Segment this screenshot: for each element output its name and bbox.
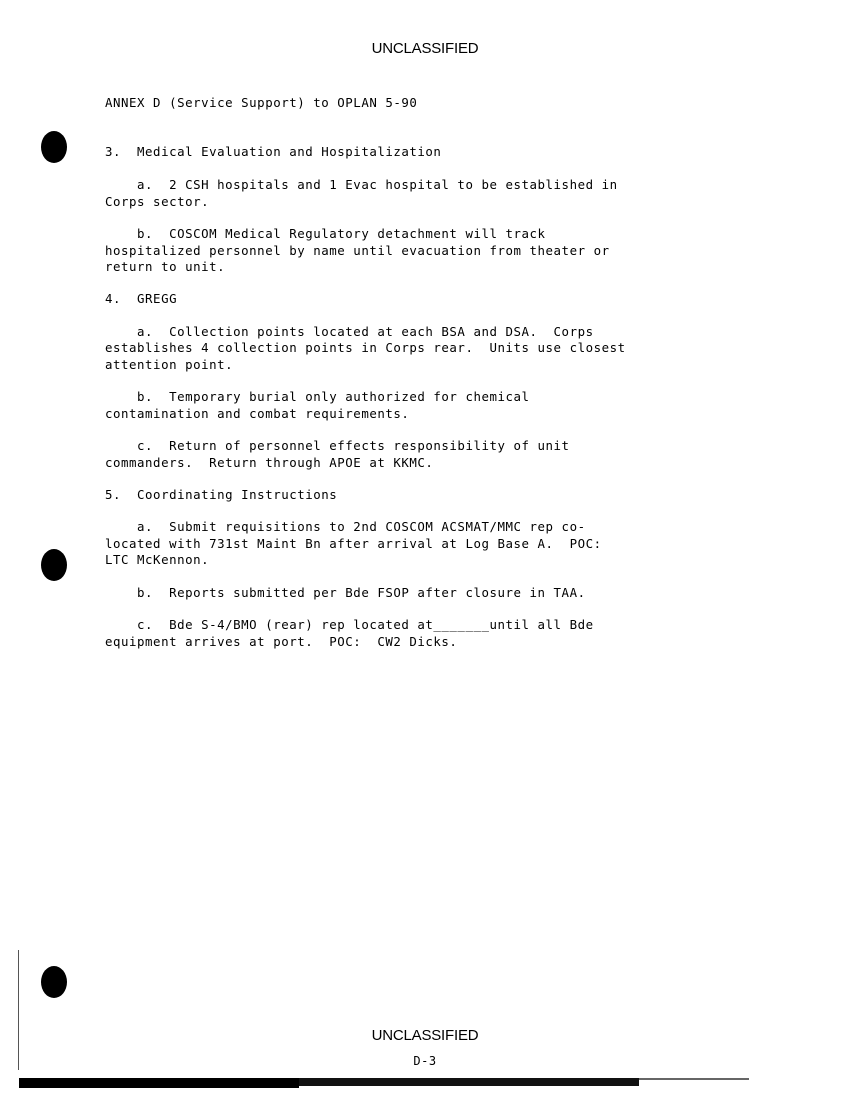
paragraph-line: LTC McKennon.	[105, 551, 209, 568]
left-margin-rule	[18, 950, 19, 1070]
header-classification: UNCLASSIFIED	[0, 40, 850, 57]
scan-edge-bar	[299, 1078, 639, 1086]
paragraph-line: b. COSCOM Medical Regulatory detachment …	[105, 225, 546, 242]
paragraph-line: equipment arrives at port. POC: CW2 Dick…	[105, 633, 457, 650]
footer-classification: UNCLASSIFIED	[0, 1027, 850, 1044]
section-heading: 5. Coordinating Instructions	[105, 486, 337, 503]
paragraph-line: c. Bde S-4/BMO (rear) rep located at____…	[105, 616, 594, 633]
punch-hole-icon	[41, 131, 67, 163]
paragraph-line: c. Return of personnel effects responsib…	[105, 437, 570, 454]
scan-edge-bar	[19, 1078, 299, 1088]
section-heading: 3. Medical Evaluation and Hospitalizatio…	[105, 143, 441, 160]
paragraph-line: b. Reports submitted per Bde FSOP after …	[105, 584, 586, 601]
punch-hole-icon	[41, 966, 67, 998]
paragraph-line: a. Collection points located at each BSA…	[105, 323, 594, 340]
paragraph-line: hospitalized personnel by name until eva…	[105, 242, 610, 259]
paragraph-line: contamination and combat requirements.	[105, 405, 409, 422]
paragraph-line: Corps sector.	[105, 193, 209, 210]
paragraph-line: establishes 4 collection points in Corps…	[105, 339, 626, 356]
scan-edge-bar	[639, 1078, 749, 1080]
paragraph-line: a. 2 CSH hospitals and 1 Evac hospital t…	[105, 176, 618, 193]
paragraph-line: commanders. Return through APOE at KKMC.	[105, 454, 433, 471]
paragraph-line: b. Temporary burial only authorized for …	[105, 388, 530, 405]
paragraph-line: attention point.	[105, 356, 233, 373]
document-title: ANNEX D (Service Support) to OPLAN 5-90	[105, 94, 417, 111]
paragraph-line: a. Submit requisitions to 2nd COSCOM ACS…	[105, 518, 586, 535]
page-number: D-3	[0, 1054, 850, 1068]
paragraph-line: return to unit.	[105, 258, 225, 275]
section-heading: 4. GREGG	[105, 290, 177, 307]
punch-hole-icon	[41, 549, 67, 581]
paragraph-line: located with 731st Maint Bn after arriva…	[105, 535, 602, 552]
